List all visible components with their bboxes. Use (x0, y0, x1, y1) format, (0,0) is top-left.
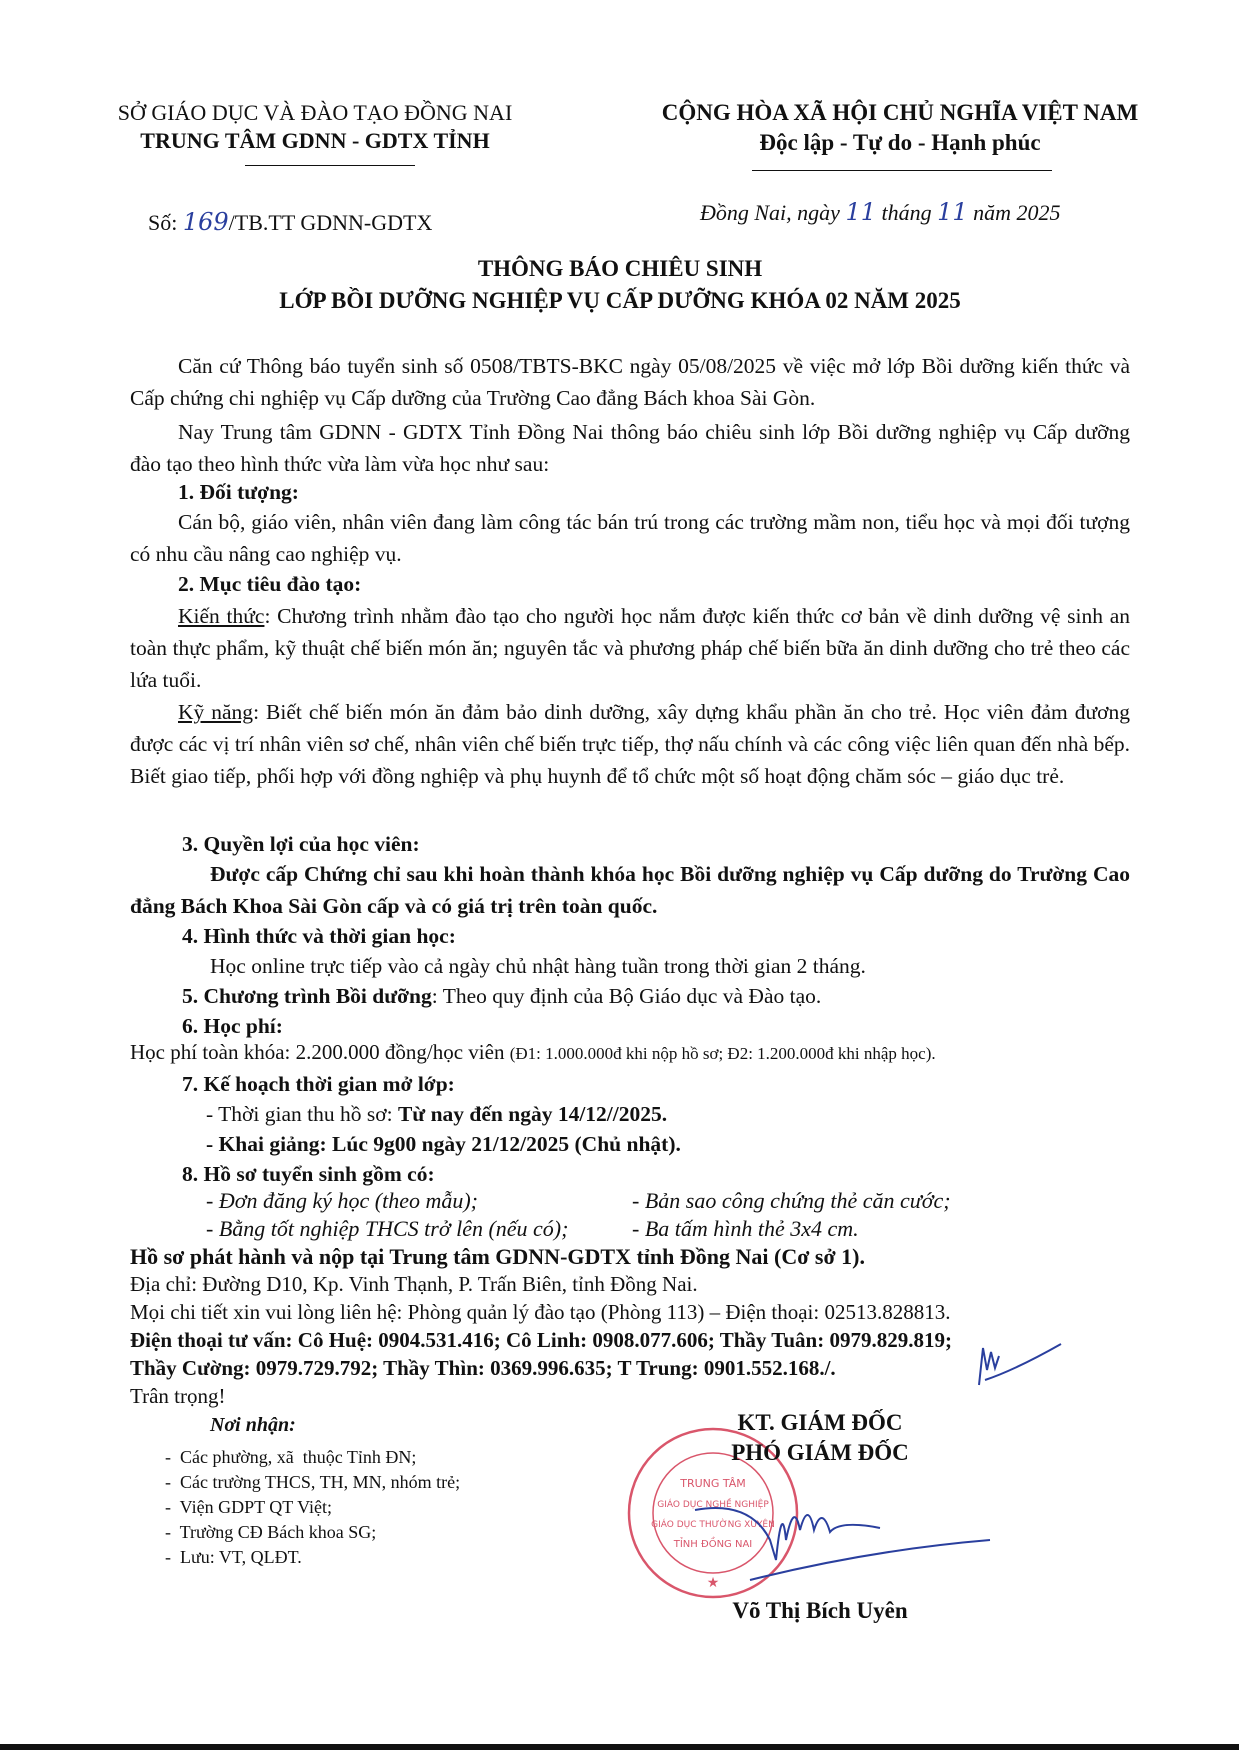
scan-edge (0, 1744, 1239, 1750)
notice-subtitle: LỚP BỒI DƯỠNG NGHIỆP VỤ CẤP DƯỠNG KHÓA 0… (100, 288, 1140, 314)
document-date: Đồng Nai, ngày 11 tháng 11 năm 2025 (700, 198, 1061, 226)
document-item: - Bản sao công chứng thẻ căn cước; (632, 1188, 951, 1214)
motto-underline (752, 170, 1052, 171)
address: Địa chỉ: Đường D10, Kp. Vinh Thạnh, P. T… (130, 1272, 698, 1297)
closing: Trân trọng! (130, 1384, 225, 1409)
section-7-opening: - Khai giảng: Lúc 9g00 ngày 21/12/2025 (… (130, 1128, 1130, 1160)
recipient-item: - Các phường, xã thuộc Tỉnh ĐN; (165, 1445, 460, 1470)
section-4-heading: 4. Hình thức và thời gian học: (130, 920, 1130, 952)
initials-signature-icon (975, 1340, 1065, 1390)
national-motto: Độc lập - Tự do - Hạnh phúc (600, 130, 1200, 156)
recipient-item: - Lưu: VT, QLĐT. (165, 1545, 460, 1570)
section-5: 5. Chương trình Bồi dưỡng: Theo quy định… (130, 980, 1130, 1012)
handwritten-month: 11 (937, 198, 968, 226)
document-number: Số: 169/TB.TT GDNN-GDTX (148, 208, 432, 236)
handwritten-number: 169 (183, 208, 229, 236)
section-4-text: Học online trực tiếp vào cả ngày chủ nhậ… (130, 950, 1130, 982)
section-2-skills: Kỹ năng: Biết chế biến món ăn đảm bảo di… (130, 696, 1130, 792)
section-2-heading: 2. Mục tiêu đào tạo: (130, 568, 1130, 600)
section-6-text: Học phí toàn khóa: 2.200.000 đồng/học vi… (130, 1040, 936, 1065)
agency-parent: SỞ GIÁO DỤC VÀ ĐÀO TẠO ĐỒNG NAI (80, 100, 550, 126)
recipient-item: - Trường CĐ Bách khoa SG; (165, 1520, 460, 1545)
section-2-knowledge: Kiến thức: Chương trình nhằm đào tạo cho… (130, 600, 1130, 696)
section-8-heading: 8. Hồ sơ tuyển sinh gồm có: (130, 1158, 1130, 1190)
document-item: - Ba tấm hình thẻ 3x4 cm. (632, 1216, 859, 1242)
section-1-text: Cán bộ, giáo viên, nhân viên đang làm cô… (130, 506, 1130, 570)
signature-title-1: KT. GIÁM ĐỐC (690, 1410, 950, 1436)
document-item: - Đơn đăng ký học (theo mẫu); (206, 1188, 478, 1214)
intro-paragraph-1: Căn cứ Thông báo tuyển sinh số 0508/TBTS… (130, 350, 1130, 414)
contact-info: Mọi chi tiết xin vui lòng liên hệ: Phòng… (130, 1300, 950, 1325)
section-1-heading: 1. Đối tượng: (130, 476, 1130, 508)
hotline-line-2: Thầy Cường: 0979.729.792; Thầy Thìn: 036… (130, 1356, 836, 1381)
section-3-text: Được cấp Chứng chỉ sau khi hoàn thành kh… (130, 858, 1130, 922)
agency-name: TRUNG TÂM GDNN - GDTX TỈNH (80, 128, 550, 154)
signer-name: Võ Thị Bích Uyên (690, 1598, 950, 1624)
signature-icon (690, 1480, 1010, 1590)
section-7-heading: 7. Kế hoạch thời gian mở lớp: (130, 1068, 1130, 1100)
intro-paragraph-2: Nay Trung tâm GDNN - GDTX Tỉnh Đồng Nai … (130, 416, 1130, 480)
recipients-heading: Nơi nhận: (210, 1414, 296, 1437)
notice-title: THÔNG BÁO CHIÊU SINH (100, 256, 1140, 282)
section-7-deadline: - Thời gian thu hồ sơ: Từ nay đến ngày 1… (130, 1098, 1130, 1130)
signature-title-2: PHÓ GIÁM ĐỐC (690, 1440, 950, 1466)
section-6-heading: 6. Học phí: (130, 1010, 1130, 1042)
national-title: CỘNG HÒA XÃ HỘI CHỦ NGHĨA VIỆT NAM (600, 100, 1200, 126)
section-3-heading: 3. Quyền lợi của học viên: (130, 828, 1130, 860)
document-item: - Bằng tốt nghiệp THCS trở lên (nếu có); (206, 1216, 568, 1242)
recipient-item: - Viện GDPT QT Việt; (165, 1495, 460, 1520)
recipients-list: - Các phường, xã thuộc Tỉnh ĐN;- Các trư… (165, 1445, 460, 1570)
agency-underline (245, 165, 415, 166)
hotline-line-1: Điện thoại tư vấn: Cô Huệ: 0904.531.416;… (130, 1328, 952, 1353)
recipient-item: - Các trường THCS, TH, MN, nhóm trẻ; (165, 1470, 460, 1495)
handwritten-day: 11 (845, 198, 876, 226)
submission-place: Hồ sơ phát hành và nộp tại Trung tâm GDN… (130, 1244, 865, 1270)
